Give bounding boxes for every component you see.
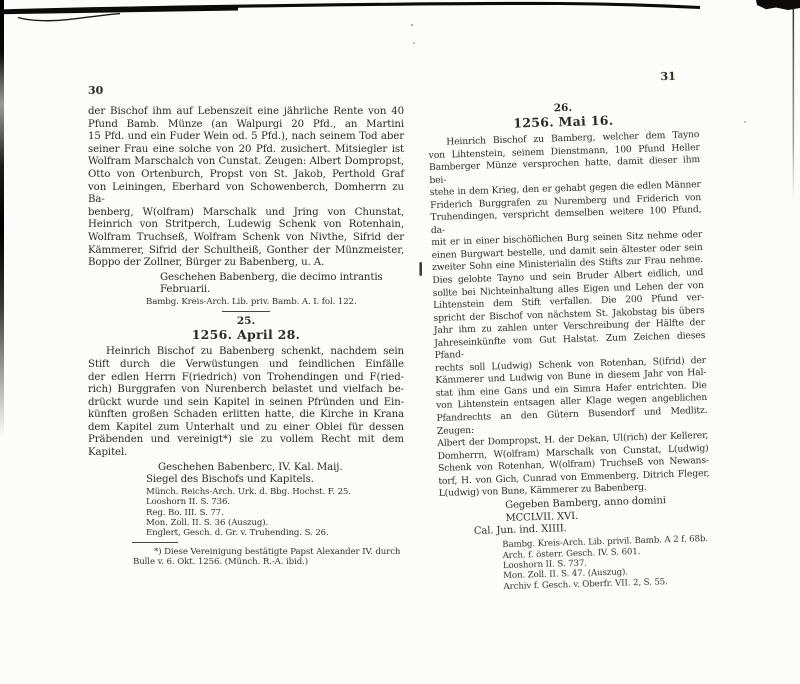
page-number-left: 30 xyxy=(88,85,404,97)
text-line: 15 Pfd. und ein Fuder Wein od. 5 Pfd.), … xyxy=(88,131,404,144)
scan-artifact-right-edge-line xyxy=(793,7,795,202)
text-line: Looshorn II. S. 736. xyxy=(88,497,404,507)
text-line: Heinrich von Stritperch, Ludewig Schenk … xyxy=(88,219,404,232)
text-line: Stift durch die Verwüstungen und feindli… xyxy=(88,359,404,372)
text-line: rich) Burggrafen von Nurenberch belastet… xyxy=(88,384,404,397)
text-line: Reg. Bo. III. S. 77. xyxy=(88,508,404,518)
text-line: benberg, W(olfram) Marschalk und Jring v… xyxy=(88,207,404,220)
page-number-right: 31 xyxy=(660,71,676,83)
text-line: Kämmerer, Sifrid der Schultheiß, Gonther… xyxy=(88,245,404,258)
text-line: Englert, Gesch. d. Gr. v. Truhending. S.… xyxy=(88,528,404,538)
scan-artifact-top-right-corner xyxy=(756,0,800,202)
text-line: dem Kapitel zum Unterhalt und zu einer O… xyxy=(88,422,404,435)
entry-25-sources: Münch. Reichs-Arch. Urk. d. Bbg. Hochst.… xyxy=(88,487,404,539)
entry-25-body: Heinrich Bischof zu Babenberg schenkt, n… xyxy=(88,346,404,459)
entry-26-closing: Gegeben Bamberg, anno domini MCCLVII. XV… xyxy=(439,494,711,540)
entry-25-number: 25. xyxy=(88,315,404,327)
text-line: Mon. Zoll. II. S. 36 (Auszug). xyxy=(88,518,404,528)
entry-26: 26. 1256. Mai 16. Heinrich Bischof zu Ba… xyxy=(427,98,712,594)
text-line: Heinrich Bischof zu Babenberg schenkt, n… xyxy=(88,346,404,359)
text-line: Pfund Bamb. Münze (an Walpurgi 20 Pfd., … xyxy=(88,119,404,132)
scan-speck xyxy=(413,42,415,44)
text-line: Münch. Reichs-Arch. Urk. d. Bbg. Hochst.… xyxy=(88,487,404,497)
footnote-line-1: *) Diese Vereinigung bestätigte Papst Al… xyxy=(88,547,404,557)
text-line: Kapitel. xyxy=(88,447,404,460)
scan-speck xyxy=(411,24,413,26)
entry-26-sources: Bambg. Kreis-Arch. Lib. privil. Bamb. A … xyxy=(440,534,712,594)
text-line: der edlen Herrn F(riedrich) von Trohendi… xyxy=(88,372,404,385)
text-line: von Leiningen, Eberhard von Schowenberch… xyxy=(88,182,404,207)
text-line: Boppo der Zollner, Bürger zu Babenberg, … xyxy=(88,257,404,270)
scan-artifact-left-edge xyxy=(0,0,4,436)
text-line: Wolfram Marschalch von Cunstat. Zeugen: … xyxy=(88,156,404,169)
entry-24-source: Bambg. Kreis-Arch. Lib. priv. Bamb. A. I… xyxy=(88,297,404,307)
scan-speck xyxy=(744,121,746,123)
left-page: 30 der Bischof ihm auf Lebenszeit eine j… xyxy=(88,85,404,568)
text-line: drückt wurde und sein Kapitel in seinen … xyxy=(88,397,404,410)
text-line: seiner Frau eine solche von 20 Pfd. zusi… xyxy=(88,144,404,157)
text-line: Otto von Ortenburch, Propst von St. Jako… xyxy=(88,169,404,182)
text-line: Wolfram Truchseß, Wolfram Schenk von Niv… xyxy=(88,232,404,245)
entry-25: 25. 1256. April 28. Heinrich Bischof zu … xyxy=(88,315,404,539)
footnote-line-2: Bulle v. 6. Okt. 1256. (Münch. R.-A. ibi… xyxy=(88,557,404,567)
scan-artifact-spine-dash xyxy=(419,262,422,276)
entry-24-continuation: der Bischof ihm auf Lebenszeit eine jähr… xyxy=(88,106,404,307)
entry-25-seal-line: Siegel des Bischofs und Kapitels. xyxy=(88,474,404,487)
entry-24-dateline: Geschehen Babenberg, die decimo intranti… xyxy=(88,272,404,297)
right-page: 31 26. 1256. Mai 16. Heinrich Bischof zu… xyxy=(426,68,712,594)
entry-25-date-heading: 1256. April 28. xyxy=(88,328,404,342)
entry-25-dateline: Geschehen Babenberc, IV. Kal. Maij. xyxy=(88,462,404,475)
book-scan: 30 der Bischof ihm auf Lebenszeit eine j… xyxy=(0,0,800,684)
footnote-divider xyxy=(132,542,178,543)
scan-artifact-top-edge xyxy=(0,3,700,20)
entry-26-body: Heinrich Bischof zu Bamberg, welcher dem… xyxy=(428,129,710,501)
text-line: künften großen Schaden erlitten hatte, d… xyxy=(88,409,404,422)
entry-divider xyxy=(222,311,270,312)
entry-24-body: der Bischof ihm auf Lebenszeit eine jähr… xyxy=(88,106,404,270)
text-line: Präbenden und vereinigt*) sie zu vollem … xyxy=(88,434,404,447)
text-line: der Bischof ihm auf Lebenszeit eine jähr… xyxy=(88,106,404,119)
footnote: *) Diese Vereinigung bestätigte Papst Al… xyxy=(88,542,404,568)
